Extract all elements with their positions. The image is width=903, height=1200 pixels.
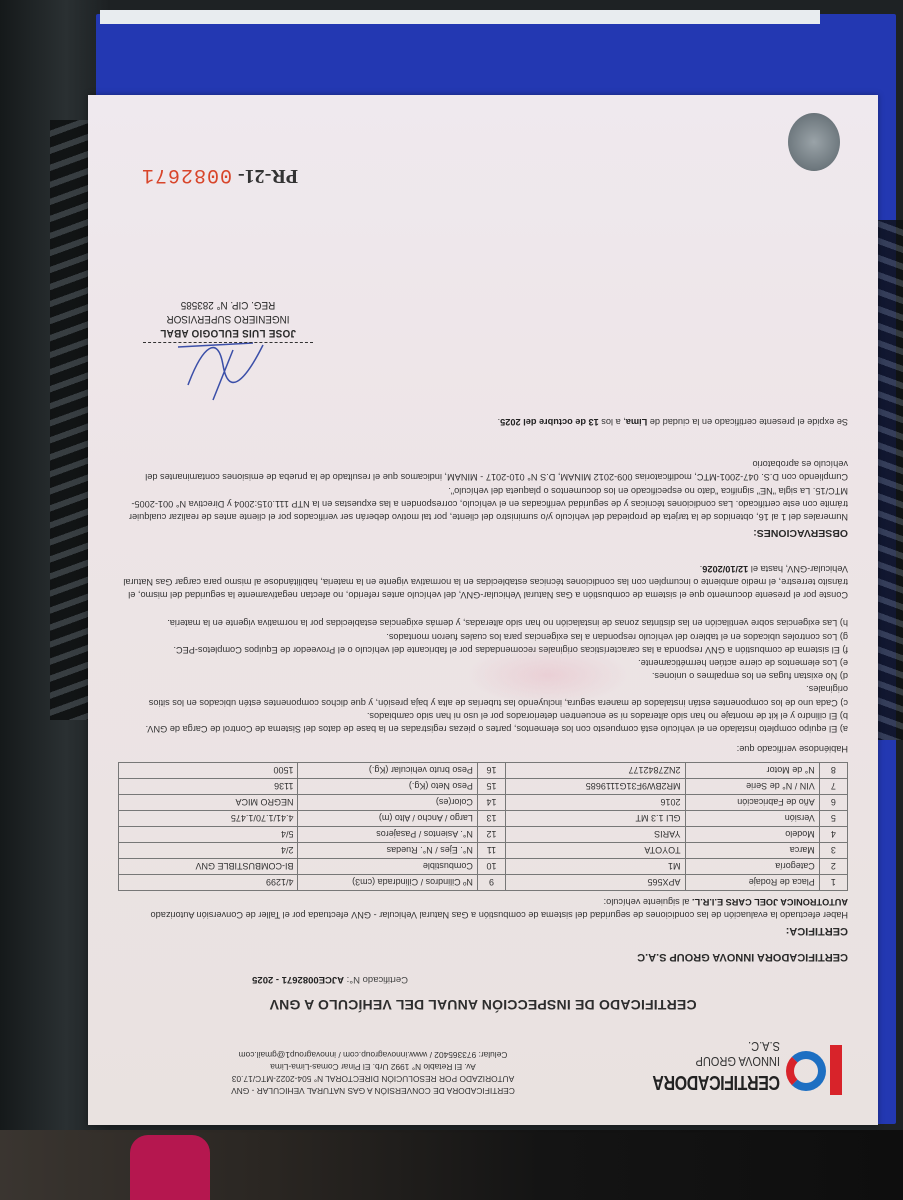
table-cell: 6 [819,795,847,811]
table-cell: 5 [819,811,847,827]
intro-paragraph: Haber efectuado la evaluación de las con… [118,895,848,921]
table-row: 1Placa de RodajeAPX5659Nº Cilindros / Ci… [119,875,848,891]
signatory-name: JOSE LUIS EULOGIO ABAL [152,327,305,339]
table-cell: NEGRO MICA [119,795,298,811]
verified-label: Habiéndose verificado que: [118,742,848,755]
issue-city: Lima [626,417,647,427]
signatory-registration: REG. CIP. N° 283585 [152,299,305,311]
observaciones-p1: Numerales del 1 al 16, obtenidos de la t… [118,483,848,523]
vehicle-table: 1Placa de RodajeAPX5659Nº Cilindros / Ci… [118,762,848,891]
observaciones-p2: Cumpliendo con D.S. 047-2001-MTC, modifi… [118,457,848,483]
table-row: 6Año de Fabricación201614Color(es)NEGRO … [119,795,848,811]
conste-end: . [700,564,703,574]
folder-paper-edge [100,10,820,24]
table-cell: N°. Asientos / Pasajeros [298,827,477,843]
table-row: 5VersiónGLI 1.3 MT13Largo / Ancho / Alto… [119,811,848,827]
table-cell: Versión [685,811,819,827]
table-cell: 2016 [506,795,685,811]
certificate-document: CERTIFICADORA INNOVA GROUP S.A.C. CERTIF… [88,95,878,1125]
table-row: 7VIN / N° de SerieMR2BW9F31G111968515Pes… [119,779,848,795]
table-cell: 9 [477,875,505,891]
table-cell: Año de Fabricación [685,795,819,811]
logo-text-main: CERTIFICADORA [653,1070,780,1093]
table-row: 3MarcaTOYOTA11N°. Ejes / N°. Ruedas2/4 [119,843,848,859]
table-cell: 2 [819,859,847,875]
certificate-number-label: Certificado N°: [347,974,408,985]
table-cell: 3 [819,843,847,859]
logo-bar-icon [830,1045,842,1095]
table-row: 8N° de Motor2NZ784217716Peso bruto vehic… [119,763,848,779]
table-cell: GLI 1.3 MT [506,811,685,827]
observaciones-heading: OBSERVACIONES: [753,527,848,539]
observaciones-text: Numerales del 1 al 16, obtenidos de la t… [118,457,848,523]
logo-text-sub: INNOVA GROUP S.A.C. [688,1039,780,1069]
table-cell: 1136 [119,779,298,795]
table-cell: N° de Motor [685,763,819,779]
certificate-number-value: AJCE0082671 - 2025 [252,974,344,985]
signatory-role: INGENIERO SUPERVISOR [152,313,305,325]
table-cell: 8 [819,763,847,779]
serial-number: PR-21-0082671 [141,163,298,187]
table-cell: VIN / N° de Serie [685,779,819,795]
certificate-paper: CERTIFICADORA INNOVA GROUP S.A.C. CERTIF… [88,95,878,1125]
table-cell: Combustible [298,859,477,875]
signature-scribble-icon [163,335,283,405]
company-name: CERTIFICADORA INNOVA GROUP S.A.C [637,951,848,963]
issue-text-mid: , a los [599,417,626,427]
header-line: CERTIFICADORA DE CONVERSIÓN A GAS NATURA… [93,1085,653,1097]
table-cell: Nº Cilindros / Cilindrada (cm3) [298,875,477,891]
header-line: AUTORIZADO POR RESOLUCIÓN DIRECTORAL N° … [93,1073,653,1085]
table-cell: 16 [477,763,505,779]
table-cell: 1 [819,875,847,891]
issue-date: 13 de octubre del 2025 [500,417,599,427]
table-cell: APX565 [506,875,685,891]
table-cell: 10 [477,859,505,875]
table-cell: 14 [477,795,505,811]
table-cell: 15 [477,779,505,795]
table-cell: Placa de Rodaje [685,875,819,891]
table-cell: 11 [477,843,505,859]
table-cell: M1 [506,859,685,875]
check-item: h) Las exigencias sobre ventilación en l… [118,616,848,629]
table-cell: 4/1299 [119,875,298,891]
table-cell: 2NZ7842177 [506,763,685,779]
issue-end: . [498,417,501,427]
table-cell: Categoría [685,859,819,875]
table-cell: YARIS [506,827,685,843]
table-cell: BI-COMBUSTIBLE GNV [119,859,298,875]
certificate-number: Certificado N°: AJCE0082671 - 2025 [252,974,408,985]
issue-statement: Se expide el presente certificado en la … [118,415,848,428]
table-cell: N°. Ejes / N°. Ruedas [298,843,477,859]
table-cell: 13 [477,811,505,827]
table-cell: Marca [685,843,819,859]
table-cell: Modelo [685,827,819,843]
header-line: Celular: 973365402 / www.innovagroup.com… [93,1049,653,1061]
header-line: Av. El Retablo N° 1992 Urb. El Pinar Com… [93,1061,653,1073]
table-cell: 7 [819,779,847,795]
table-row: 2CategoríaM110CombustibleBI-COMBUSTIBLE … [119,859,848,875]
signature-line [143,342,313,343]
table-cell: Peso bruto vehicular (Kg.) [298,763,477,779]
table-cell: 1500 [119,763,298,779]
background-object [130,1135,210,1200]
logo-c-icon [786,1051,826,1091]
check-item: g) Los controles ubicados en el tablero … [118,629,848,642]
certifica-heading: CERTIFICA: [786,925,848,937]
watermark [468,645,628,705]
company-logo: CERTIFICADORA INNOVA GROUP S.A.C. [672,1035,842,1095]
intro-text: Haber efectuado la evaluación de las con… [151,910,848,920]
valid-until-date: 12/10/2026 [702,564,748,574]
conste-paragraph: Conste por el presente documento que el … [118,561,848,601]
table-cell: TOYOTA [506,843,685,859]
table-cell: 4 [819,827,847,843]
document-title: CERTIFICADO DE INSPECCIÓN ANUAL DEL VEHÍ… [88,997,878,1013]
serial-value: 0082671 [141,163,232,186]
workshop-name: AUTOTRONICA JOEL CARS E.I.R.L. [692,897,848,907]
table-cell: 5/4 [119,827,298,843]
issue-text: Se expide el presente certificado en la … [647,417,848,427]
table-cell: MR2BW9F31G1119685 [506,779,685,795]
table-cell: 2/4 [119,843,298,859]
punch-hole [788,113,840,171]
table-cell: Peso Neto (Kg.) [298,779,477,795]
table-cell: Color(es) [298,795,477,811]
check-item: a) El equipo completo instalado en el ve… [118,722,848,735]
table-row: 4ModeloYARIS12N°. Asientos / Pasajeros5/… [119,827,848,843]
serial-prefix: PR-21- [238,165,298,187]
signature-block: JOSE LUIS EULOGIO ABAL INGENIERO SUPERVI… [103,245,323,405]
table-cell: Largo / Ancho / Alto (m) [298,811,477,827]
header-info: CERTIFICADORA DE CONVERSIÓN A GAS NATURA… [93,1049,653,1097]
table-cell: 12 [477,827,505,843]
check-item: b) El cilindro y el kit de montaje no ha… [118,709,848,722]
intro-text-end: al siguiente vehículo: [604,897,692,907]
table-cell: 4.41/1.70/1.475 [119,811,298,827]
